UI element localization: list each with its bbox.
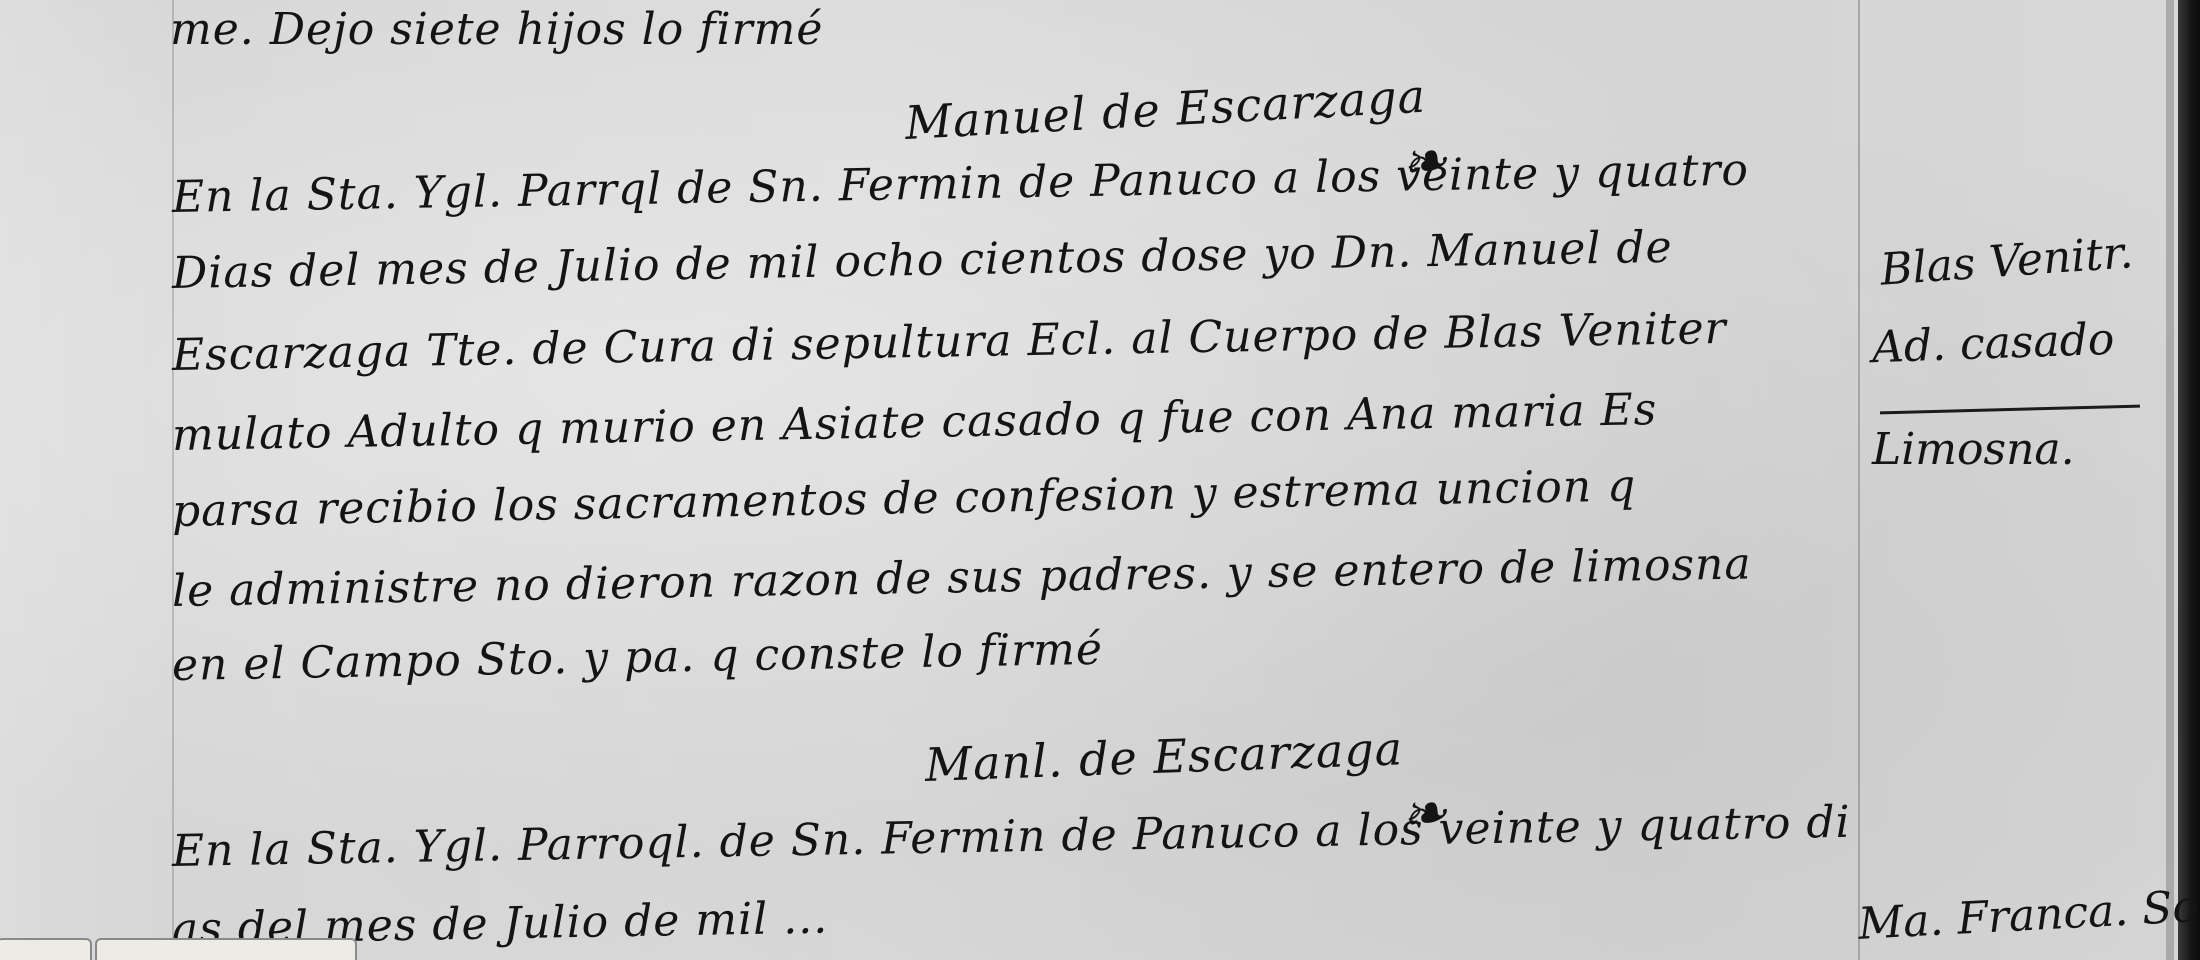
text-line: Escarzaga Tte. de Cura di sepultura Ecl.… xyxy=(172,303,1727,381)
text-line: En la Sta. Ygl. Parroql. de Sn. Fermin d… xyxy=(172,797,1851,877)
text-line: mulato Adulto q murio en Asiate casado q… xyxy=(172,384,1658,461)
margin-underline xyxy=(1880,405,2140,415)
bottom-tab-strip xyxy=(0,938,360,960)
signature-line: Manuel de Escarzaga xyxy=(904,69,1428,150)
tab-1[interactable] xyxy=(0,938,92,960)
text-line: me. Dejo siete hijos lo firmé xyxy=(170,4,823,55)
text-line: le administre no dieron razon de sus pad… xyxy=(172,538,1752,617)
signature-line: Manl. de Escarzaga xyxy=(924,721,1404,792)
margin-note-name: Blas Venitr. xyxy=(1879,227,2135,296)
document-image-viewer: me. Dejo siete hijos lo firmé Manuel de … xyxy=(0,0,2200,960)
tab-2[interactable] xyxy=(95,938,357,960)
left-margin-rule xyxy=(172,0,174,960)
text-line: Dias del mes de Julio de mil ocho ciento… xyxy=(172,222,1673,299)
book-binding-shadow xyxy=(2178,0,2200,960)
margin-note-name-2: Ma. Franca. So xyxy=(1857,881,2200,950)
text-line: En la Sta. Ygl. Parrql de Sn. Fermin de … xyxy=(172,144,1750,223)
page-edge xyxy=(2166,0,2174,960)
margin-note-fee: Limosna. xyxy=(1872,424,2075,475)
right-margin-rule xyxy=(1858,0,1860,960)
text-line: en el Campo Sto. y pa. q conste lo firmé xyxy=(172,624,1104,691)
text-line: parsa recibio los sacramentos de confesi… xyxy=(172,460,1637,537)
margin-note-status: Ad. casado xyxy=(1871,314,2115,373)
